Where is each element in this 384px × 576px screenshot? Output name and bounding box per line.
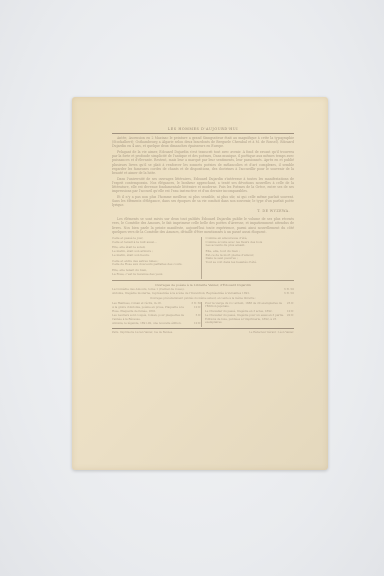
verse-line: Tout se voit dans les beautés d'été. (206, 261, 292, 265)
verse-line: Celle de Rose aux douceurs parfaites des… (112, 263, 198, 267)
catalog-item-price: 10 fr. (194, 306, 201, 313)
catalog-item-price: 10 fr. (194, 322, 201, 326)
printer-imprint: Paris. Imprimerie Lucien Vanier, rue de … (112, 331, 173, 334)
catalog-item-price: 20 fr. (287, 314, 294, 325)
catalog-item-title: Pour la vierge du roc ardent, 1888 de 20… (205, 302, 285, 309)
poem-column-left: Celle et passé le jour, Celle et tenait … (112, 237, 201, 279)
catalog-item: Les Lauriers sont coupés, roman, pour pl… (112, 314, 201, 321)
catalog-item-title: A la gloire d'Antonia, poème en prose, P… (112, 306, 192, 313)
catalog-line: Antonia, tragédie moderne, représentée à… (112, 292, 294, 296)
paragraph: Pelagant de la vie aimer, Edouard Dujard… (112, 150, 294, 175)
imprint-footer: Paris. Imprimerie Lucien Vanier, rue de … (112, 331, 294, 334)
footer-rule (112, 328, 294, 329)
catalog-column-left: Les Hantises, roman et récits, in-18. 3 … (112, 302, 201, 327)
running-head: LES HOMMES D'AUJOURD'HUI (112, 127, 294, 131)
catalog-item: A la gloire d'Antonia, poème en prose, P… (112, 306, 201, 313)
catalog-rule (112, 280, 294, 281)
verse-line: Les accents du plus amant. (206, 244, 292, 248)
catalog-item: Pour la vierge du roc ardent, 1888 de 20… (205, 302, 294, 309)
stanza: Elle, elle tenait du bien, La Rose, c'es… (112, 269, 198, 276)
catalog-grid: Les Hantises, roman et récits, in-18. 3 … (112, 302, 294, 327)
catalog-title: Ouvrages de poésie à la Librairie Vanier… (112, 283, 294, 287)
author-signature: T. DE WYZEWA. (112, 209, 290, 213)
header-rule (112, 133, 294, 134)
stanza: Elle, elle, tout du bien ; Est-ce de la … (206, 250, 292, 264)
catalog-item-title: Antonia, le légende, 1891-92, une nouvel… (112, 322, 182, 326)
catalog-item-title: Le Chevalier du passé, tragédie pour un … (205, 314, 285, 325)
catalog-line-text: Antonia, tragédie moderne, représentée à… (112, 292, 250, 296)
page-content: LES HOMMES D'AUJOURD'HUI Antée, Ascensio… (112, 127, 294, 334)
paragraph: Dans l'université de ses ouvrages littér… (112, 177, 294, 194)
catalog-note: Ouvrages précédemment publiés du même au… (112, 297, 294, 300)
verse-line: Celle et tenait à la nuit aussi... (112, 241, 198, 245)
catalog-item-title: Les Lauriers sont coupés, roman, pour pl… (112, 314, 194, 321)
catalog-column-right: Pour la vierge du roc ardent, 1888 de 20… (201, 302, 294, 327)
stanza: Celle et entre des astres lunes ; Celle … (112, 260, 198, 267)
catalog-item-price: 25 fr. (287, 302, 294, 309)
verse-line: Le matin, était son heure. (112, 254, 198, 258)
poem-column-right: Comme en amoureuse d'été, Comme écoute a… (201, 237, 295, 279)
paragraph: Antée, Ascension en 2 Mazinac le peintur… (112, 136, 294, 148)
catalog-line-price: 3 fr. 50 (284, 292, 294, 296)
catalog-item: Antonia, le légende, 1891-92, une nouvel… (112, 322, 201, 326)
verse-line: La Rose, c'est la revenue des yeux. (112, 273, 198, 277)
stanza: Celle et passé le jour, Celle et tenait … (112, 237, 198, 244)
document-page: LES HOMMES D'AUJOURD'HUI Antée, Ascensio… (72, 97, 328, 470)
stanza: Comme en amoureuse d'été, Comme écoute a… (206, 237, 292, 248)
publisher-imprint: Le Rédacteur Gérant : Léon Vanier. (249, 331, 294, 334)
catalog-item: Le Chevalier du passé, tragédie pour un … (205, 314, 294, 325)
paragraph: Les éléments se sont suivis sur deux tou… (112, 217, 294, 234)
stanza: Elle, elle était le soleil, Le matin, ét… (112, 246, 198, 257)
poem-excerpt: Celle et passé le jour, Celle et tenait … (112, 237, 294, 279)
paragraph: Et il n'y a pas non plus l'homme meilleu… (112, 195, 294, 207)
